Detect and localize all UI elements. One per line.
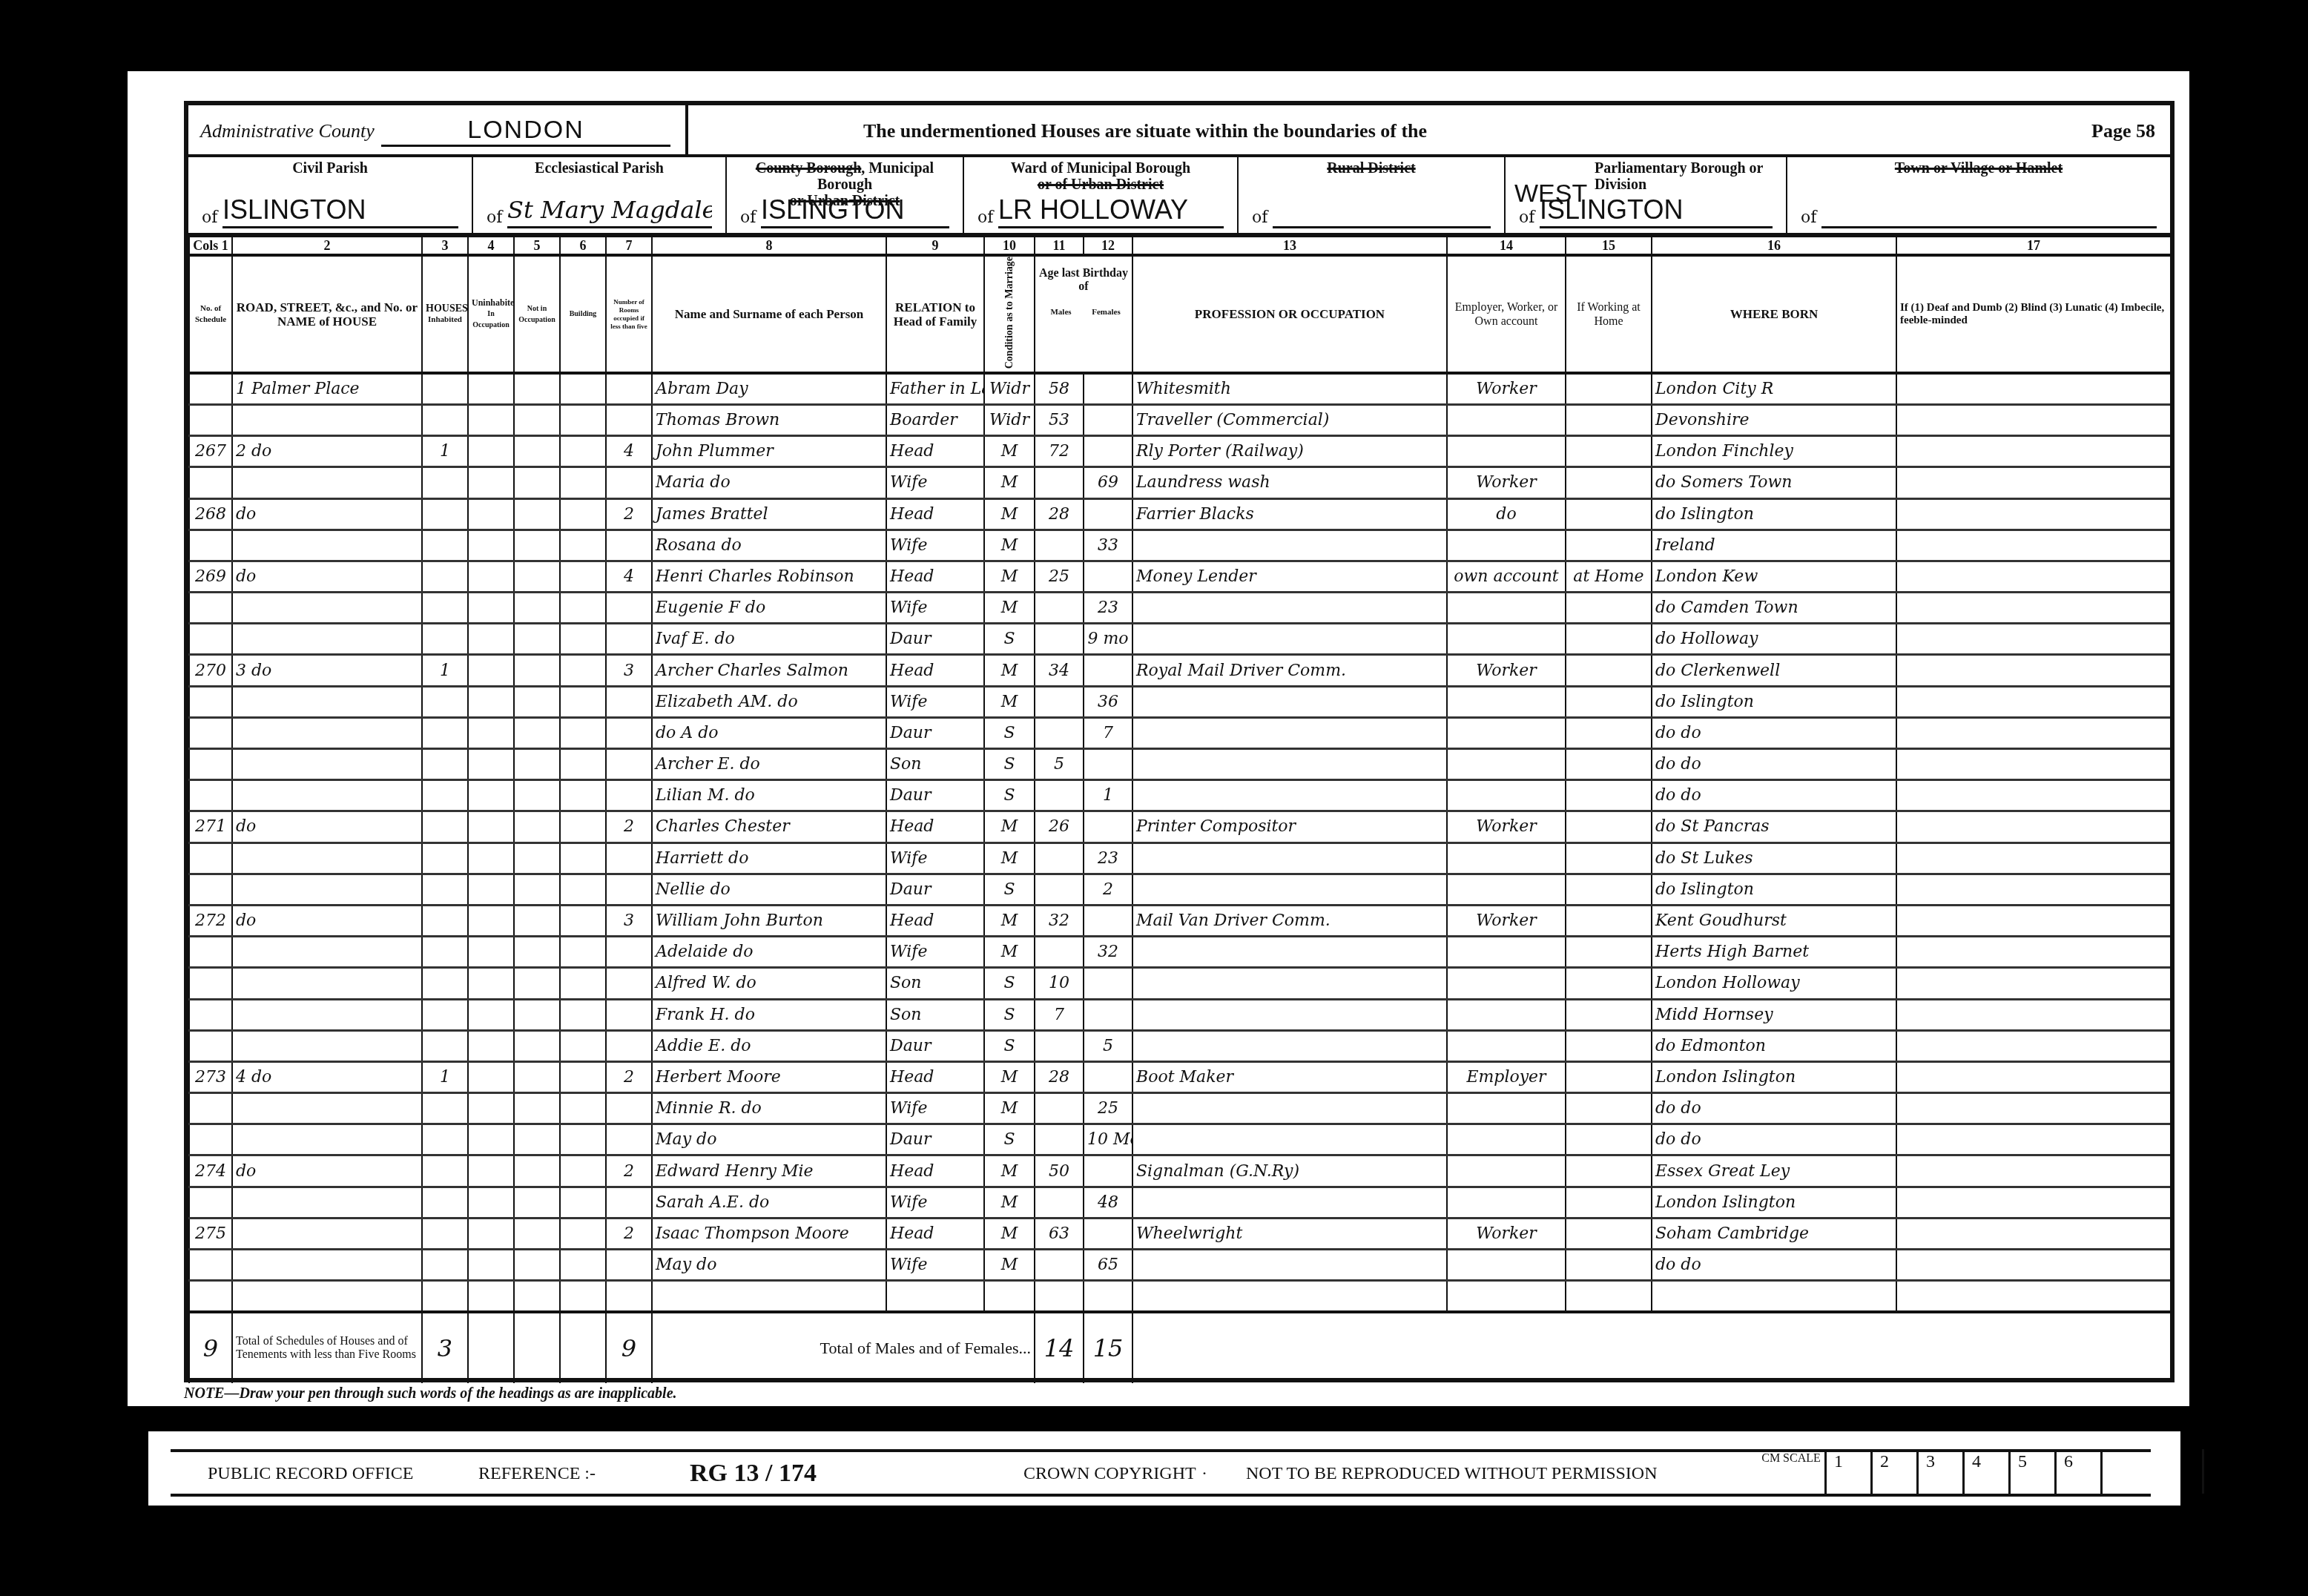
col-number: 16 [1652, 237, 1896, 255]
census-rows: 1 Palmer PlaceAbram DayFather in LawWidr… [189, 373, 2170, 1312]
census-table: Cols 1 2 3 4 5 6 7 8 9 10 11 12 13 14 15… [188, 237, 2170, 1383]
census-form: Administrative County LONDON The underme… [184, 101, 2175, 1382]
empty-cell [560, 686, 606, 717]
cell-schedule: 270 [189, 655, 232, 686]
cell-employer [1447, 1187, 1566, 1218]
town-value [1821, 194, 2157, 228]
cell-name: May do [652, 1250, 886, 1281]
cell-condition: M [984, 1250, 1035, 1281]
empty-cell [1896, 780, 2170, 811]
cell-employer [1447, 1093, 1566, 1124]
table-row: 274do2Edward Henry MieHeadM50Signalman (… [189, 1155, 2170, 1187]
empty-cell [514, 749, 560, 780]
col-number: 4 [468, 237, 514, 255]
cell-road [232, 1250, 422, 1281]
cell-road [232, 530, 422, 561]
cell-schedule [189, 1187, 232, 1218]
cell-male-age: 5 [1035, 749, 1084, 780]
cell-at-home: at Home [1566, 561, 1652, 592]
empty-cell [1896, 811, 2170, 842]
cell-male-age [1035, 1281, 1084, 1312]
civil-parish: Civil Parish of ISLINGTON [188, 154, 473, 233]
footer-reference-label: REFERENCE :- [478, 1464, 596, 1484]
cell-inhabited [422, 749, 468, 780]
cell-schedule [189, 1250, 232, 1281]
cell-born: London Finchley [1652, 436, 1896, 467]
empty-cell [560, 780, 606, 811]
cell-occupation: Mail Van Driver Comm. [1132, 905, 1447, 936]
cell-male-age: 63 [1035, 1218, 1084, 1249]
cell-name: Rosana do [652, 530, 886, 561]
cell-rooms: 2 [606, 1155, 652, 1187]
table-row: 272do3William John BurtonHeadM32Mail Van… [189, 905, 2170, 936]
empty-cell [468, 1124, 514, 1155]
cell-relation: Wife [886, 1187, 984, 1218]
cell-born: do do [1652, 1093, 1896, 1124]
empty-cell [560, 968, 606, 999]
admin-county-value: LONDON [381, 116, 670, 147]
empty-cell [514, 1281, 560, 1312]
cell-road [232, 780, 422, 811]
cell-occupation: Signalman (G.N.Ry) [1132, 1155, 1447, 1187]
cell-at-home [1566, 1030, 1652, 1061]
cell-schedule: 273 [189, 1061, 232, 1092]
cell-employer [1447, 1281, 1566, 1312]
cell-female-age [1084, 436, 1132, 467]
cell-occupation [1132, 874, 1447, 905]
ward-value: LR HOLLOWAY [998, 194, 1224, 228]
cell-at-home [1566, 373, 1652, 404]
cell-schedule [189, 467, 232, 498]
cell-condition: S [984, 749, 1035, 780]
empty-cell [514, 498, 560, 530]
males-label: Males [1038, 307, 1084, 318]
cell-relation: Wife [886, 937, 984, 968]
cell-relation: Wife [886, 593, 984, 624]
empty-cell [1896, 436, 2170, 467]
cell-name: Charles Chester [652, 811, 886, 842]
cell-employer [1447, 780, 1566, 811]
table-row: May doDaurS10 Modo do [189, 1124, 2170, 1155]
cell-employer [1447, 842, 1566, 874]
cell-road [232, 874, 422, 905]
cell-occupation [1132, 1250, 1447, 1281]
cell-inhabited [422, 404, 468, 435]
empty-cell [468, 749, 514, 780]
rural-district-value [1273, 194, 1491, 228]
table-row [189, 1281, 2170, 1312]
cell-born: Soham Cambridge [1652, 1218, 1896, 1249]
cell-schedule: 268 [189, 498, 232, 530]
cell-condition: M [984, 811, 1035, 842]
empty-cell [560, 655, 606, 686]
cell-relation: Wife [886, 842, 984, 874]
page-value: 58 [2136, 120, 2155, 142]
cell-name: Sarah A.E. do [652, 1187, 886, 1218]
cell-female-age: 23 [1084, 593, 1132, 624]
cell-at-home [1566, 593, 1652, 624]
cell-at-home [1566, 968, 1652, 999]
cell-occupation [1132, 686, 1447, 717]
cell-at-home [1566, 404, 1652, 435]
cell-inhabited [422, 1187, 468, 1218]
cell-name: Thomas Brown [652, 404, 886, 435]
parliamentary-label: Parliamentary Borough or Division [1595, 160, 1786, 193]
cell-occupation: Boot Maker [1132, 1061, 1447, 1092]
empty-cell [514, 842, 560, 874]
cell-at-home [1566, 1061, 1652, 1092]
cell-schedule [189, 749, 232, 780]
cell-inhabited [422, 874, 468, 905]
empty-cell [1896, 968, 2170, 999]
cell-at-home [1566, 1093, 1652, 1124]
cell-condition: M [984, 1093, 1035, 1124]
cell-male-age [1035, 937, 1084, 968]
empty-cell [468, 373, 514, 404]
cell-name: May do [652, 1124, 886, 1155]
cell-female-age: 36 [1084, 686, 1132, 717]
empty-cell [468, 467, 514, 498]
cell-schedule: 269 [189, 561, 232, 592]
cell-condition: M [984, 530, 1035, 561]
cell-inhabited [422, 780, 468, 811]
of-label: of [1801, 208, 1816, 227]
cell-born: do do [1652, 717, 1896, 748]
cell-born: do St Pancras [1652, 811, 1896, 842]
cell-condition: S [984, 874, 1035, 905]
of-label: of [1252, 208, 1267, 227]
cell-born: do do [1652, 780, 1896, 811]
cell-occupation [1132, 624, 1447, 655]
cell-male-age [1035, 1187, 1084, 1218]
heading-uninhabited: Uninhabited [472, 297, 510, 309]
empty-cell [560, 874, 606, 905]
cell-inhabited [422, 1093, 468, 1124]
cell-condition: M [984, 655, 1035, 686]
cell-name: Minnie R. do [652, 1093, 886, 1124]
heading-employer: Employer, Worker, or Own account [1447, 255, 1566, 373]
cell-rooms [606, 1093, 652, 1124]
cell-schedule [189, 842, 232, 874]
cell-rooms [606, 842, 652, 874]
cell-at-home [1566, 811, 1652, 842]
cm-scale-label: CM SCALE [1758, 1449, 1824, 1494]
cell-born: do Camden Town [1652, 593, 1896, 624]
cell-condition: S [984, 780, 1035, 811]
cell-born: do Holloway [1652, 624, 1896, 655]
cell-road [232, 404, 422, 435]
empty-cell [560, 1155, 606, 1187]
empty-cell [560, 1061, 606, 1092]
cell-male-age: 53 [1035, 404, 1084, 435]
cell-employer [1447, 686, 1566, 717]
empty-cell [468, 1093, 514, 1124]
cell-road [232, 749, 422, 780]
empty-cell [514, 593, 560, 624]
cell-condition: M [984, 561, 1035, 592]
cell-relation: Daur [886, 1124, 984, 1155]
cell-name: John Plummer [652, 436, 886, 467]
empty-cell [1896, 842, 2170, 874]
cell-at-home [1566, 717, 1652, 748]
cell-schedule: 275 [189, 1218, 232, 1249]
empty-cell [468, 624, 514, 655]
cell-occupation [1132, 1030, 1447, 1061]
table-row: 271do2Charles ChesterHeadM26Printer Comp… [189, 811, 2170, 842]
cell-male-age [1035, 874, 1084, 905]
empty-cell [560, 404, 606, 435]
cell-rooms [606, 968, 652, 999]
table-row: Maria doWifeM69Laundress washWorkerdo So… [189, 467, 2170, 498]
cell-male-age: 28 [1035, 498, 1084, 530]
cell-employer: Worker [1447, 655, 1566, 686]
cell-at-home [1566, 498, 1652, 530]
cell-born: London Holloway [1652, 968, 1896, 999]
cell-at-home [1566, 655, 1652, 686]
in-occupation-label: In Occupation [472, 310, 509, 329]
empty-cell [1896, 1218, 2170, 1249]
scale-mark: 3 [1916, 1449, 1962, 1494]
cell-rooms: 2 [606, 1218, 652, 1249]
empty-cell [514, 1093, 560, 1124]
cell-female-age: 33 [1084, 530, 1132, 561]
cell-name: Nellie do [652, 874, 886, 905]
cell-name: do A do [652, 717, 886, 748]
cell-at-home [1566, 530, 1652, 561]
cell-at-home [1566, 686, 1652, 717]
cell-male-age: 28 [1035, 1061, 1084, 1092]
empty-cell [468, 436, 514, 467]
cell-rooms [606, 624, 652, 655]
empty-cell [560, 717, 606, 748]
empty-cell [468, 780, 514, 811]
admin-county-label: Administrative County [200, 120, 375, 142]
table-row: Alfred W. doSonS10London Holloway [189, 968, 2170, 999]
cell-schedule [189, 404, 232, 435]
cell-male-age: 25 [1035, 561, 1084, 592]
cell-road: 2 do [232, 436, 422, 467]
empty-cell [514, 1250, 560, 1281]
cell-rooms: 2 [606, 498, 652, 530]
cell-relation: Head [886, 498, 984, 530]
empty-cell [1896, 655, 2170, 686]
cell-female-age [1084, 749, 1132, 780]
empty-cell [468, 686, 514, 717]
scale-mark: 1 [1824, 1449, 1870, 1494]
col-number: 2 [232, 237, 422, 255]
cell-occupation: Whitesmith [1132, 373, 1447, 404]
col-number: 5 [514, 237, 560, 255]
cell-inhabited [422, 498, 468, 530]
empty-cell [468, 937, 514, 968]
cell-rooms [606, 404, 652, 435]
empty-cell [468, 1250, 514, 1281]
col-number: 13 [1132, 237, 1447, 255]
column-number-row: Cols 1 2 3 4 5 6 7 8 9 10 11 12 13 14 15… [189, 237, 2170, 255]
table-row: May doWifeM65do do [189, 1250, 2170, 1281]
col-number: 14 [1447, 237, 1566, 255]
totals-row: 9 Total of Schedules of Houses and of Te… [189, 1312, 2170, 1383]
cell-inhabited [422, 1124, 468, 1155]
cell-name: Frank H. do [652, 999, 886, 1030]
cell-rooms: 3 [606, 655, 652, 686]
cell-occupation: Printer Compositor [1132, 811, 1447, 842]
cell-schedule [189, 780, 232, 811]
cell-at-home [1566, 874, 1652, 905]
cell-name: Edward Henry Mie [652, 1155, 886, 1187]
cm-scale: CM SCALE 1 2 3 4 5 6 [1758, 1449, 2204, 1494]
cell-inhabited [422, 999, 468, 1030]
empty-cell [514, 404, 560, 435]
cell-employer [1447, 624, 1566, 655]
cell-schedule [189, 1093, 232, 1124]
cell-female-age: 1 [1084, 780, 1132, 811]
cell-born: London City R [1652, 373, 1896, 404]
table-row: Frank H. doSonS7Midd Hornsey [189, 999, 2170, 1030]
empty-cell [1896, 1250, 2170, 1281]
cell-inhabited [422, 1218, 468, 1249]
cell-road [232, 968, 422, 999]
cell-rooms [606, 530, 652, 561]
empty-cell [514, 999, 560, 1030]
cell-occupation [1132, 749, 1447, 780]
scale-mark: 6 [2054, 1449, 2100, 1494]
cell-inhabited [422, 968, 468, 999]
cell-schedule [189, 1281, 232, 1312]
cell-relation: Wife [886, 467, 984, 498]
cell-schedule: 274 [189, 1155, 232, 1187]
empty-cell [1896, 373, 2170, 404]
heading-at-home: If Working at Home [1566, 255, 1652, 373]
cell-rooms [606, 874, 652, 905]
cell-relation: Head [886, 655, 984, 686]
cell-schedule [189, 1124, 232, 1155]
cell-male-age: 26 [1035, 811, 1084, 842]
empty-cell [468, 1281, 514, 1312]
total-schedules: 9 [189, 1312, 232, 1383]
empty-cell [1896, 937, 2170, 968]
struck-rural-district: Rural District [1327, 160, 1415, 177]
empty-cell [468, 593, 514, 624]
cell-male-age: 50 [1035, 1155, 1084, 1187]
cell-inhabited [422, 937, 468, 968]
table-row: Lilian M. doDaurS1do do [189, 780, 2170, 811]
cell-employer [1447, 999, 1566, 1030]
struck-town-village-hamlet: Town or Village or Hamlet [1895, 160, 2063, 177]
empty-cell [1896, 1124, 2170, 1155]
ward-label: Ward of Municipal Boroughor of Urban Dis… [964, 160, 1237, 193]
table-row: do A doDaurS7do do [189, 717, 2170, 748]
col-1: 1 [222, 238, 228, 253]
footer-office: PUBLIC RECORD OFFICE [208, 1464, 413, 1484]
empty-cell [1896, 1281, 2170, 1312]
cell-inhabited [422, 686, 468, 717]
empty-cell [560, 561, 606, 592]
cell-rooms: 4 [606, 561, 652, 592]
cell-at-home [1566, 905, 1652, 936]
empty-cell [468, 655, 514, 686]
cell-relation [886, 1281, 984, 1312]
empty-cell [560, 530, 606, 561]
cell-schedule: 267 [189, 436, 232, 467]
empty-cell [468, 1155, 514, 1187]
empty-cell [514, 436, 560, 467]
cell-name: Adelaide do [652, 937, 886, 968]
cell-schedule: 271 [189, 811, 232, 842]
cell-name: Alfred W. do [652, 968, 886, 999]
cell-born: Midd Hornsey [1652, 999, 1896, 1030]
form-note: NOTE—Draw your pen through such words of… [184, 1385, 677, 1402]
empty-cell [1896, 530, 2170, 561]
cell-rooms: 4 [606, 436, 652, 467]
cell-occupation [1132, 842, 1447, 874]
cell-born: London Kew [1652, 561, 1896, 592]
cell-female-age: 32 [1084, 937, 1132, 968]
cell-inhabited [422, 561, 468, 592]
cell-condition: S [984, 1030, 1035, 1061]
empty-cell [1896, 717, 2170, 748]
cell-inhabited [422, 624, 468, 655]
cell-inhabited [422, 1155, 468, 1187]
empty-cell [468, 842, 514, 874]
cell-female-age [1084, 968, 1132, 999]
cell-name: Elizabeth AM. do [652, 686, 886, 717]
cell-female-age [1084, 1218, 1132, 1249]
cell-occupation [1132, 780, 1447, 811]
page-label: Page [2091, 120, 2131, 142]
cell-male-age [1035, 1030, 1084, 1061]
cell-inhabited [422, 811, 468, 842]
cell-schedule [189, 968, 232, 999]
cell-occupation: Money Lender [1132, 561, 1447, 592]
cell-rooms: 2 [606, 1061, 652, 1092]
cell-relation: Head [886, 905, 984, 936]
form-header-top: Administrative County LONDON The underme… [188, 105, 2170, 157]
empty-cell [560, 1093, 606, 1124]
cell-rooms [606, 717, 652, 748]
parliamentary-value: ISLINGTON [1540, 194, 1773, 228]
cell-at-home [1566, 780, 1652, 811]
cell-born: do do [1652, 1124, 1896, 1155]
cell-rooms [606, 1187, 652, 1218]
cell-name: Archer E. do [652, 749, 886, 780]
cell-at-home [1566, 467, 1652, 498]
cell-rooms [606, 1250, 652, 1281]
heading-occupation: PROFESSION OR OCCUPATION [1132, 255, 1447, 373]
empty-cell [468, 498, 514, 530]
cell-condition: S [984, 717, 1035, 748]
cell-inhabited [422, 467, 468, 498]
cell-occupation [1132, 1124, 1447, 1155]
form-title: The undermentioned Houses are situate wi… [863, 120, 1427, 142]
cell-rooms [606, 999, 652, 1030]
empty-cell [468, 874, 514, 905]
footer-copyright: CROWN COPYRIGHT [1023, 1464, 1196, 1484]
empty-cell [1896, 1093, 2170, 1124]
cell-condition [984, 1281, 1035, 1312]
cell-employer: Worker [1447, 811, 1566, 842]
cell-schedule [189, 686, 232, 717]
empty-cell [468, 811, 514, 842]
rural-district: Rural District of [1239, 154, 1506, 233]
empty-cell [560, 749, 606, 780]
cell-condition: M [984, 1218, 1035, 1249]
empty-cell [560, 842, 606, 874]
cell-at-home [1566, 1281, 1652, 1312]
cell-employer [1447, 1124, 1566, 1155]
scale-mark: 4 [1962, 1449, 2008, 1494]
struck-county-borough: County Borough [756, 160, 861, 177]
